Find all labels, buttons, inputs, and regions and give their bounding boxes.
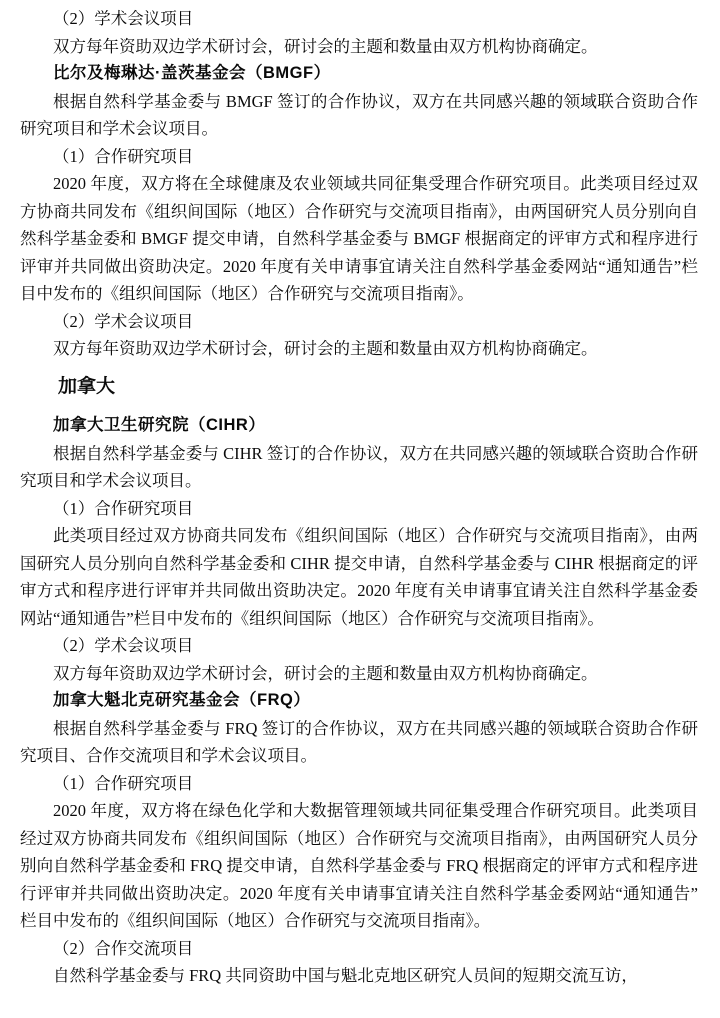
paragraph: 根据自然科学基金委与 BMGF 签订的合作协议，双方在共同感兴趣的领域联合资助合…: [20, 88, 698, 143]
list-item-label: （1）合作研究项目: [20, 770, 698, 798]
list-item-label: （2）学术会议项目: [20, 5, 698, 33]
list-item-label: （2）学术会议项目: [20, 308, 698, 336]
list-item-label: （1）合作研究项目: [20, 143, 698, 171]
paragraph: 根据自然科学基金委与 CIHR 签订的合作协议，双方在共同感兴趣的领域联合资助合…: [20, 440, 698, 495]
paragraph: 自然科学基金委与 FRQ 共同资助中国与魁北克地区研究人员间的短期交流互访，: [20, 962, 698, 990]
paragraph: 2020 年度，双方将在全球健康及农业领域共同征集受理合作研究项目。此类项目经过…: [20, 170, 698, 308]
paragraph: 根据自然科学基金委与 FRQ 签订的合作协议，双方在共同感兴趣的领域联合资助合作…: [20, 715, 698, 770]
paragraph: 2020 年度，双方将在绿色化学和大数据管理领域共同征集受理合作研究项目。此类项…: [20, 797, 698, 935]
list-item-label: （1）合作研究项目: [20, 495, 698, 523]
document-page: （2）学术会议项目双方每年资助双边学术研讨会，研讨会的主题和数量由双方机构协商确…: [0, 0, 720, 1018]
paragraph: 此类项目经过双方协商共同发布《组织间国际（地区）合作研究与交流项目指南》，由两国…: [20, 522, 698, 632]
list-item-label: （2）合作交流项目: [20, 935, 698, 963]
list-item-label: （2）学术会议项目: [20, 632, 698, 660]
paragraph: 双方每年资助双边学术研讨会，研讨会的主题和数量由双方机构协商确定。: [20, 660, 698, 688]
paragraph: 双方每年资助双边学术研讨会，研讨会的主题和数量由双方机构协商确定。: [20, 335, 698, 363]
organization-heading: 比尔及梅琳达·盖茨基金会（BMGF）: [20, 60, 698, 88]
organization-heading: 加拿大卫生研究院（CIHR）: [20, 412, 698, 440]
paragraph: 双方每年资助双边学术研讨会，研讨会的主题和数量由双方机构协商确定。: [20, 33, 698, 61]
organization-heading: 加拿大魁北克研究基金会（FRQ）: [20, 687, 698, 715]
country-heading: 加拿大: [20, 373, 698, 401]
